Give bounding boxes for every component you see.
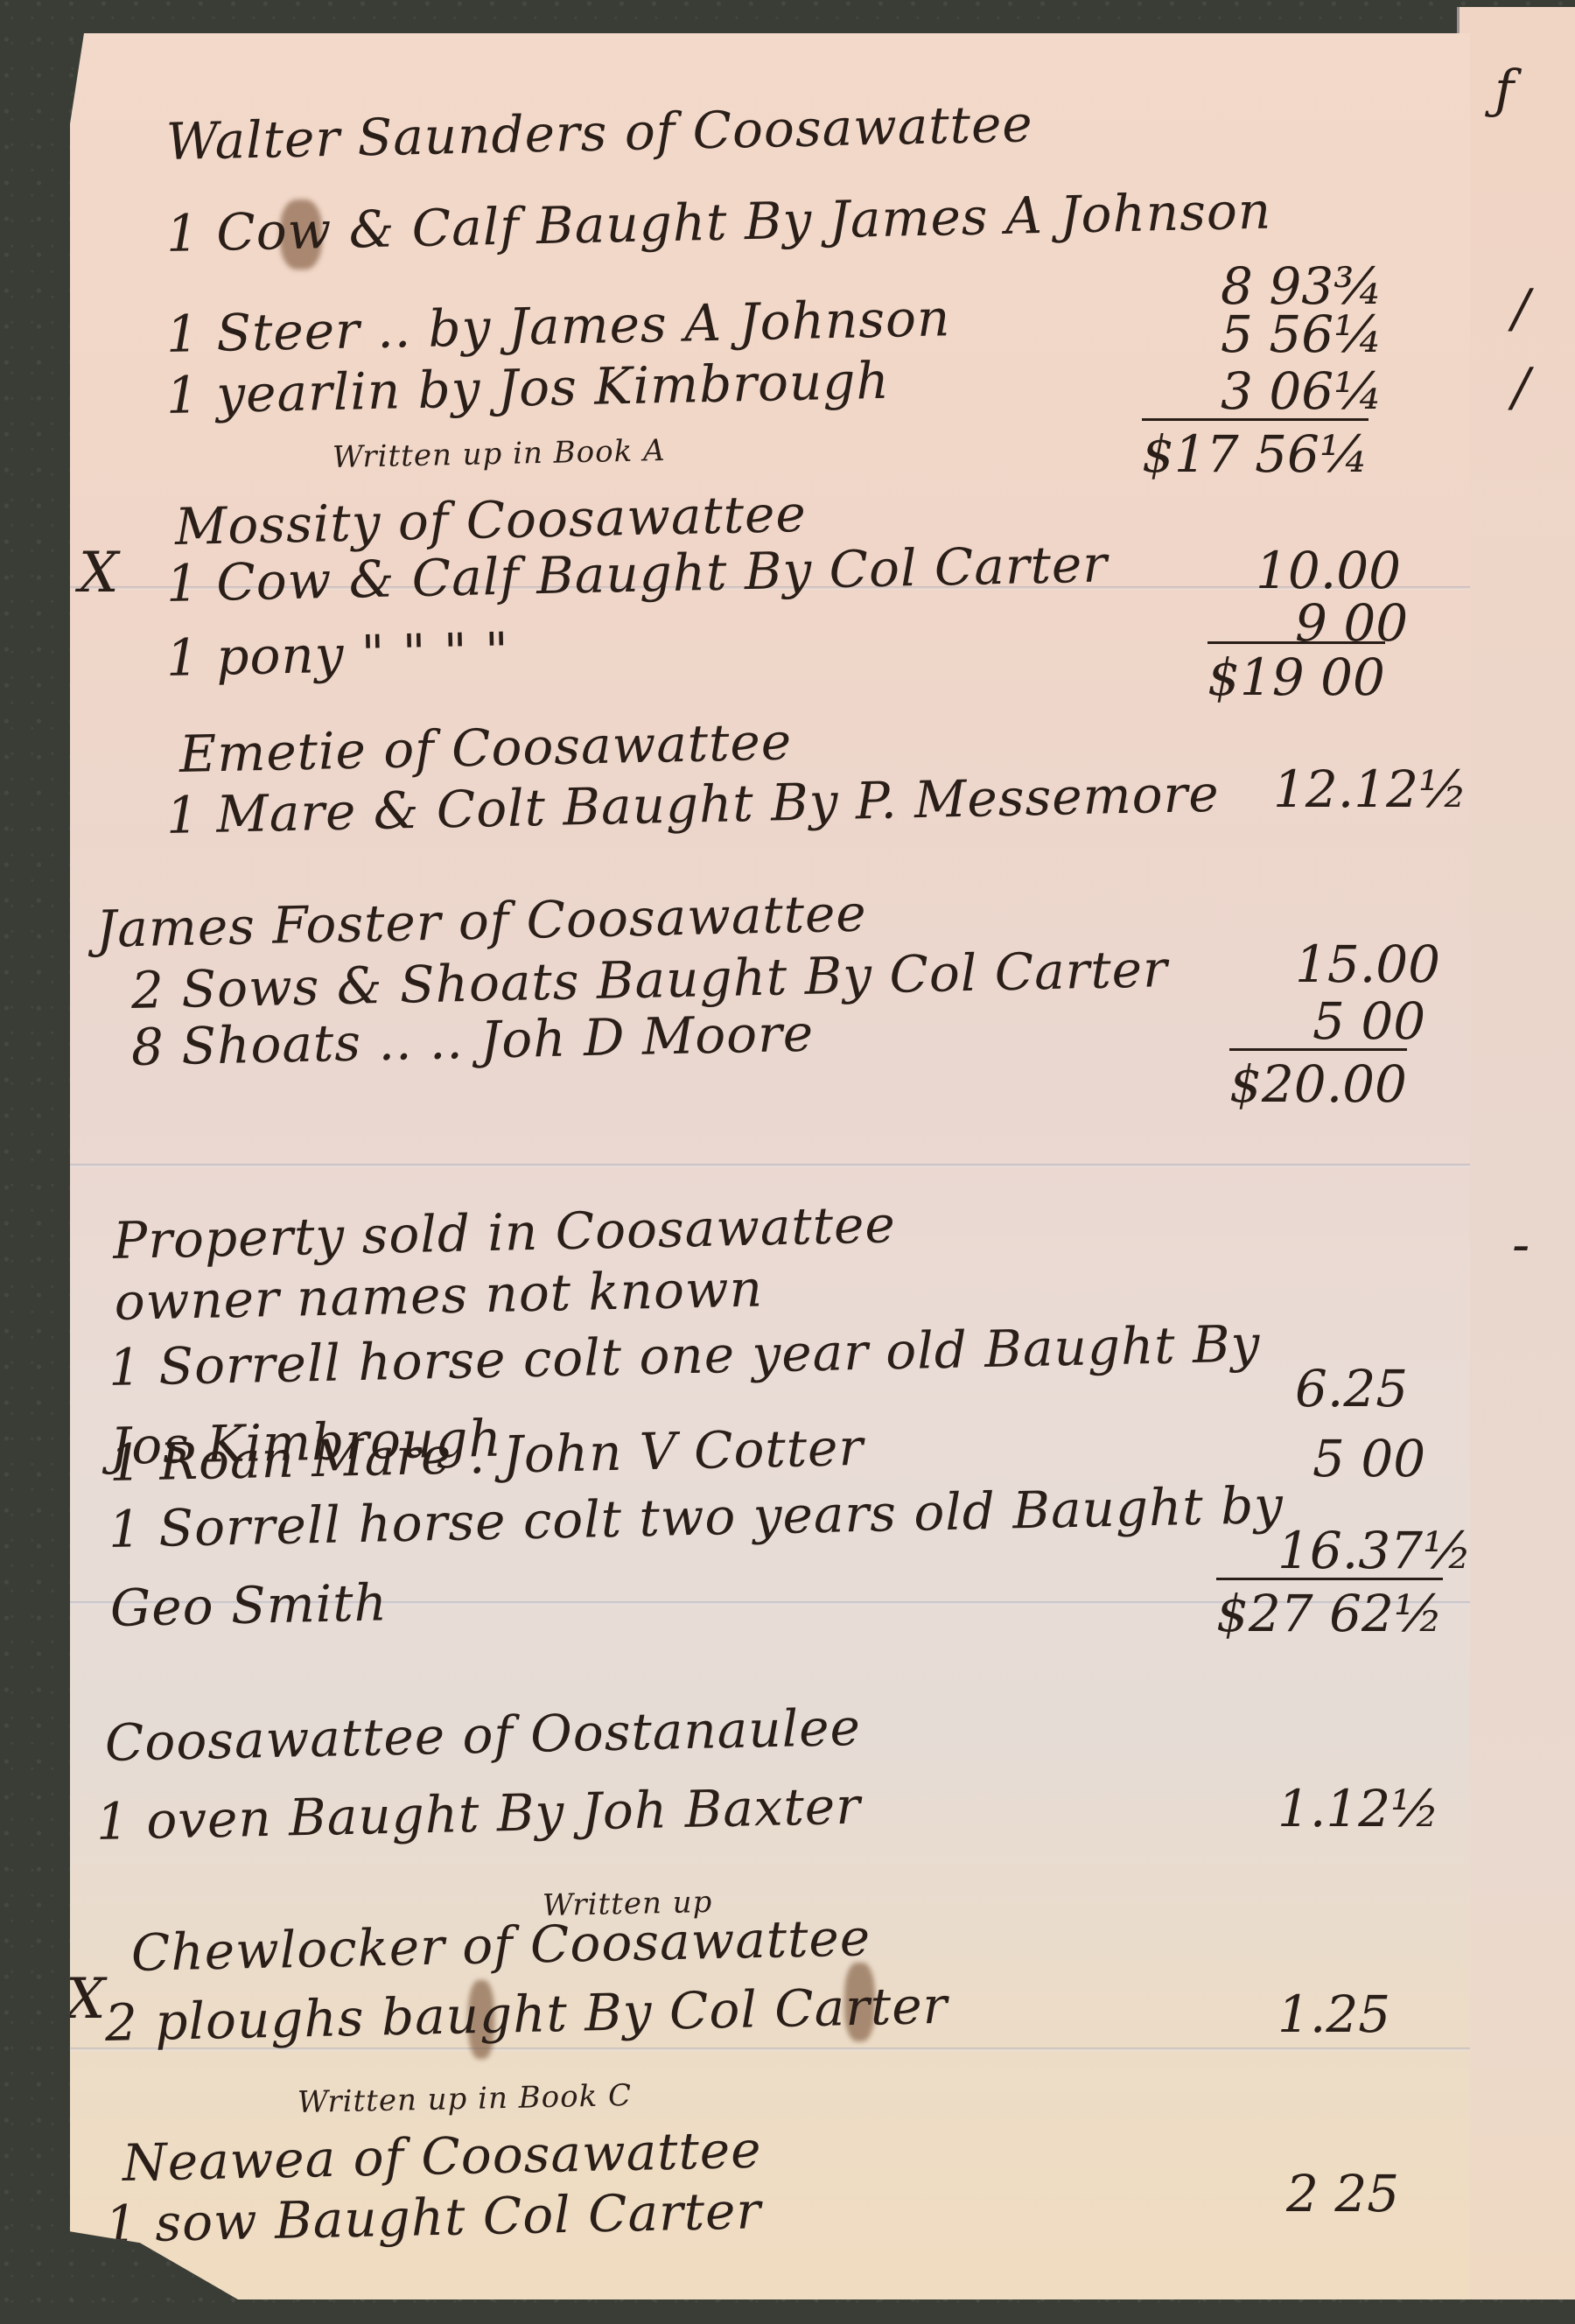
item-amount: 12.12½: [1273, 759, 1467, 819]
section-heading: Neawea of Coosawattee: [122, 2120, 762, 2193]
section-total: $27 62½: [1216, 1578, 1443, 1643]
item-amount: 6.25: [1295, 1359, 1408, 1418]
item-line: 1 pony " " " ": [165, 621, 509, 688]
item-line: 1 oven Baught By Joh Baxter: [95, 1776, 861, 1851]
item-amount: 1.25: [1277, 1984, 1390, 2044]
adjacent-page-fragment: /: [1512, 278, 1529, 339]
section-note: Written up in Book A: [332, 433, 666, 475]
item-amount: 1.12½: [1277, 1779, 1439, 1838]
adjacent-page-edge: ƒ / / -: [1457, 7, 1575, 2299]
item-amount: 15.00: [1295, 934, 1440, 994]
section-note: Written up in Book C: [297, 2078, 633, 2120]
adjacent-page-fragment: -: [1512, 1214, 1529, 1276]
item-amount: 5 00: [1312, 991, 1425, 1051]
item-line: 1 Cow & Calf Baught By James A Johnson: [165, 181, 1272, 263]
ledger-page: Walter Saunders of Coosawattee 1 Cow & C…: [70, 33, 1470, 2299]
section-heading: Coosawattee of Oostanaulee: [104, 1697, 861, 1773]
item-amount: 16.37½: [1277, 1521, 1472, 1580]
item-line: 2 ploughs baught By Col Carter: [104, 1976, 948, 2053]
item-amount: 2 25: [1286, 2164, 1399, 2223]
item-amount: 5 56¼: [1221, 304, 1382, 364]
section-total: $19 00: [1207, 641, 1385, 707]
fold-crease: [70, 1164, 1470, 1167]
item-line: 1 Sorrell horse colt two years old Baugh…: [108, 1466, 1291, 1648]
adjacent-page-fragment: ƒ: [1494, 59, 1514, 121]
section-total: $20.00: [1229, 1048, 1407, 1114]
item-amount: 3 06¼: [1221, 361, 1382, 421]
section-total: $17 56¼: [1142, 418, 1368, 484]
item-line: 1 sow Baught Col Carter: [104, 2180, 761, 2254]
section-heading: Emetie of Coosawattee: [178, 711, 792, 784]
section-heading: Chewlocker of Coosawattee: [130, 1907, 871, 1983]
cross-mark: X: [79, 541, 119, 605]
item-line: 1 yearlin by Jos Kimbrough: [165, 351, 890, 425]
cross-mark: X: [66, 1967, 106, 2032]
item-amount: 5 00: [1312, 1429, 1425, 1488]
adjacent-page-fragment: /: [1512, 357, 1529, 418]
section-heading: Walter Saunders of Coosawattee: [165, 94, 1033, 171]
item-amount: 10.00: [1256, 541, 1401, 600]
